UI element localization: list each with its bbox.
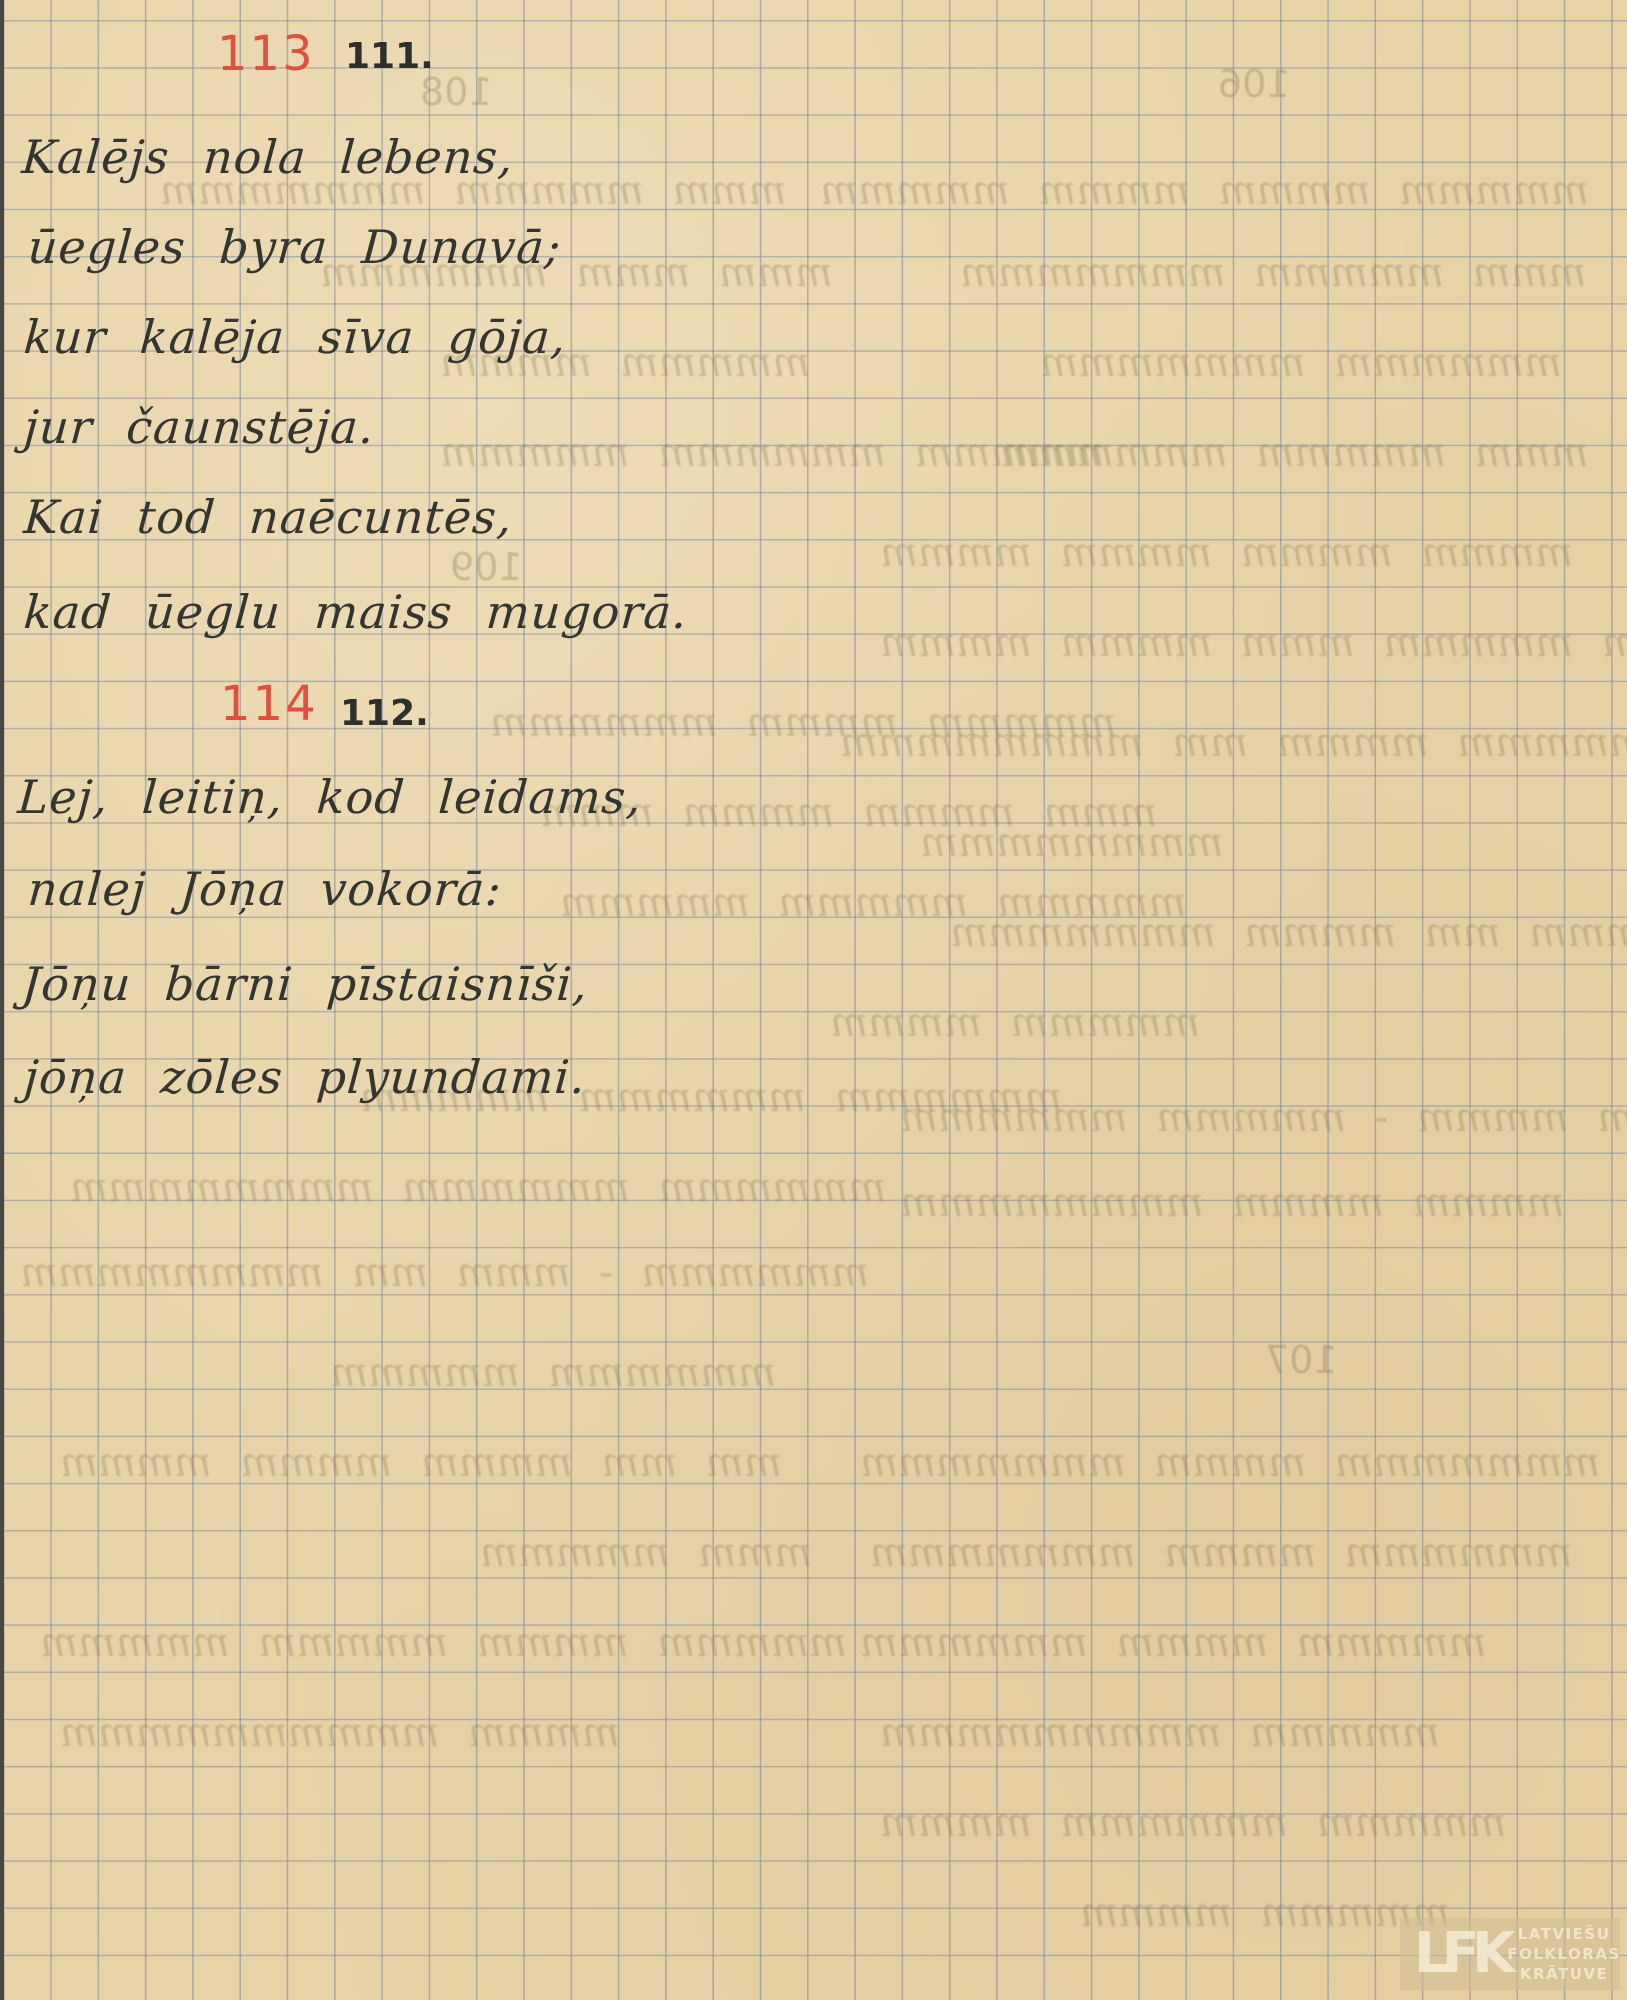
verse-line: kad ūeglu maiss mugorā. xyxy=(22,585,689,639)
bleed-text: mmmmm mmmmmm mmmm xyxy=(880,1800,1506,1846)
bleed-text: mmmm mmmm mmmmmmmm xyxy=(900,1180,1564,1226)
verse-line: nalej Jōņa vokorā: xyxy=(26,862,504,916)
bleed-text: mmmmmm mmmm mmmmmmm xyxy=(870,1530,1572,1576)
bleed-text: mmm mmmmm xyxy=(480,1530,812,1576)
bleed-text: mmm mmmmm mmmmmm xyxy=(1000,430,1588,476)
bleed-number: 107 xyxy=(1265,1338,1338,1382)
watermark-line: FOLKLORAS xyxy=(1507,1944,1620,1964)
bleed-text: mmmmmm - mmm mm mmmmmmmm xyxy=(20,1250,869,1296)
bleed-text: mmmmmmmm xyxy=(920,820,1223,866)
bleed-text: mmmmmm mmmmm xyxy=(330,1350,776,1396)
verse-line: jōņa zōles plyundami. xyxy=(22,1050,588,1104)
bleed-text: mmmmmm mmmmmm mmmmmmmm xyxy=(70,1165,886,1211)
bleed-text: mmmm mmmm mmmm mmmm xyxy=(880,530,1573,576)
bleed-text: mmmmm mmmm mm mmmmmmmm xyxy=(840,720,1627,766)
lfk-logo-icon: LFK xyxy=(1400,1918,1507,1990)
verse-line: Lej, leitiņ, kod leidams, xyxy=(16,770,644,824)
verse-line: Jōņu bārni pīstaisnīši, xyxy=(20,957,590,1011)
bleed-text: mmmm mmmmmmmmmm xyxy=(60,1710,620,1756)
page-left-edge xyxy=(0,0,4,2000)
verse-line: Kalējs nola lebens, xyxy=(20,130,516,184)
bleed-text: mmmmm mmmm xyxy=(1080,1890,1450,1936)
bleed-text: mmmmm mmmm mmmmm mmmmm xyxy=(40,1620,847,1666)
bleed-text: mmmmm mmmm mmmmmm xyxy=(860,1620,1486,1666)
bleed-text: mmmmmmm mmmm mmmmmmm xyxy=(860,1440,1600,1486)
bleed-number: 106 xyxy=(1218,62,1291,106)
song-number: 112. xyxy=(340,693,429,734)
bleed-text: mm mm mmmm mmmm mmmm xyxy=(60,1440,782,1486)
bleed-text: mmm mmmmm mmmmmmm xyxy=(960,250,1586,296)
red-archive-number: 114 xyxy=(220,676,318,732)
verse-line: ūegles byra Dunavā; xyxy=(26,220,563,274)
watermark-line: LATVIEŠU xyxy=(1507,1924,1620,1944)
song-number: 111. xyxy=(345,36,434,77)
verse-line: Kai tod naēcuntēs, xyxy=(22,490,514,544)
bleed-text: mmmmm mmmm mmmm mmmmm xyxy=(820,168,1589,214)
bleed-text: mmmmmm mmmmmmm xyxy=(1040,340,1562,386)
red-archive-number: 113 xyxy=(217,26,315,82)
bleed-text: mmmmm mmmm - mmmmm mmmmmm xyxy=(900,1095,1627,1141)
watermark-line: KRĀTUVE xyxy=(1507,1964,1620,1984)
bleed-text: mmm mmmmm mmm mmmm mmmm xyxy=(880,620,1627,666)
verse-line: jur čaunstēja. xyxy=(22,400,376,454)
bleed-text: mmmmm mmmmmmmmm xyxy=(880,1710,1440,1756)
bleed-text: mmm mm mmmm mmmmmmm xyxy=(950,910,1627,956)
watermark-text: LATVIEŠU FOLKLORAS KRĀTUVE xyxy=(1507,1924,1620,1984)
bleed-number: 109 xyxy=(450,545,523,589)
bleed-text: mmmmm mmmm xyxy=(830,1000,1200,1046)
archive-watermark-logo: LFK LATVIEŠU FOLKLORAS KRĀTUVE xyxy=(1400,1918,1620,1990)
verse-line: kur kalēja sīva gōja, xyxy=(22,310,568,364)
